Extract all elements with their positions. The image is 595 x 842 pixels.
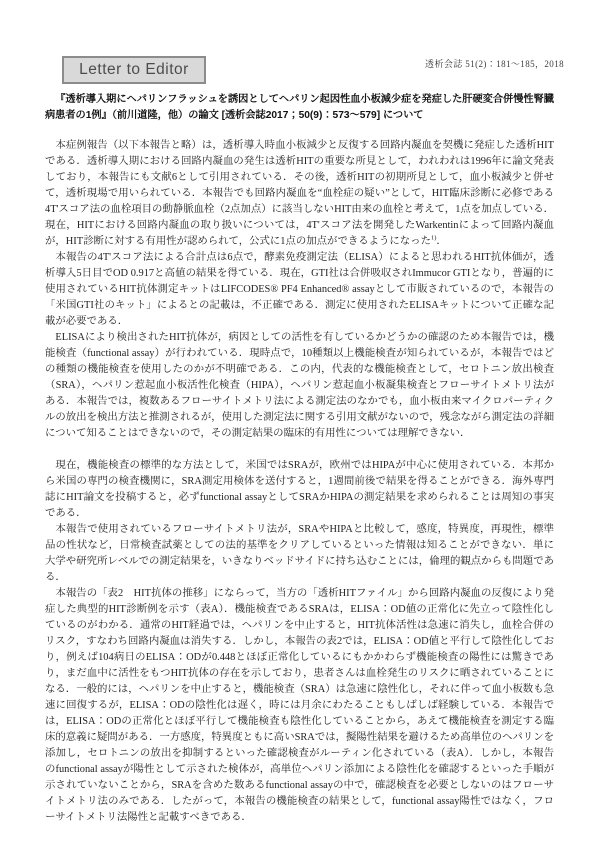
paragraph-6: 本報告の「表2 HIT抗体の推移」にならって，当方の「透析HITファイル」から回… — [45, 586, 554, 826]
paragraph-3: ELISAにより検出されたHIT抗体が，病因としての活性を有しているかどうかの確… — [45, 330, 554, 442]
journal-reference: 透析会誌 51(2)：181～185，2018 — [425, 57, 564, 70]
article-body: 本症例報告（以下本報告と略）は，透析導入時血小板減少と反復する回路内凝血を契機に… — [45, 138, 554, 826]
paragraph-1-text: 本症例報告（以下本報告と略）は，透析導入時血小板減少と反復する回路内凝血を契機に… — [45, 140, 554, 247]
letter-to-editor-badge: Letter to Editor — [62, 56, 206, 84]
paragraph-4: 現在，機能検査の標準的な方法として，米国ではSRAが，欧州ではHIPAが中心に使… — [45, 458, 554, 522]
paragraph-1: 本症例報告（以下本報告と略）は，透析導入時血小板減少と反復する回路内凝血を契機に… — [45, 138, 554, 250]
paragraph-5: 本報告で使用されているフローサイトメトリ法が，SRAやHIPAと比較して，感度，… — [45, 522, 554, 586]
paragraph-2: 本報告の4T'スコア法による合計点は6点で，酵素免疫測定法（ELISA）によると… — [45, 250, 554, 330]
document-page: 透析会誌 51(2)：181～185，2018 Letter to Editor… — [0, 0, 595, 842]
paragraph-1-tail: ． — [436, 236, 446, 247]
article-title: 『透析導入期にヘパリンフラッシュを誘因としてヘパリン起因性血小板減少症を発症した… — [45, 92, 554, 123]
letter-to-editor-label: Letter to Editor — [79, 61, 189, 79]
